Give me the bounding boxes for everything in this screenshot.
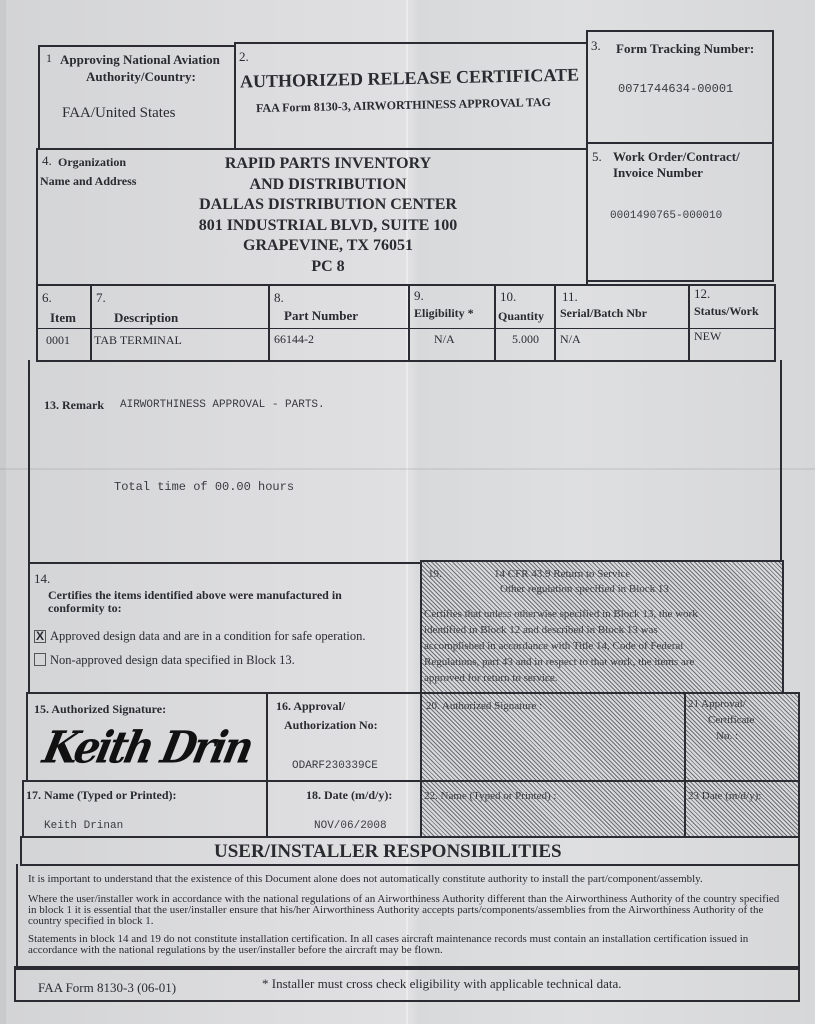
column-number: 11. xyxy=(562,289,578,305)
block-13-remarks: 13. Remark AIRWORTHINESS APPROVAL - PART… xyxy=(28,360,782,564)
block-22-label: 22. Name (Typed or Printed) : xyxy=(424,790,556,802)
block-19-text: accomplished in accordance with Title 14… xyxy=(424,640,683,652)
date-label: 18. Date (m/d/y): xyxy=(306,788,392,803)
items-table: 6. Item 7. Description 8. Part Number 9.… xyxy=(36,284,776,362)
block-number: 14. xyxy=(34,571,50,587)
authority-value: FAA/United States xyxy=(62,105,175,122)
return-to-service-option: 14 CFR 43.9 Return to Service xyxy=(494,568,630,580)
block-number: 1 xyxy=(46,51,52,66)
authorization-label: 16. Approval/ xyxy=(276,699,345,714)
column-number: 10. xyxy=(500,289,516,305)
block-22-name: 22. Name (Typed or Printed) : xyxy=(420,780,686,838)
responsibility-paragraph: Statements in block 14 and 19 do not con… xyxy=(28,934,793,956)
form-title: AUTHORIZED RELEASE CERTIFICATE xyxy=(240,64,579,92)
column-number: 12. xyxy=(694,286,710,302)
printed-name: Keith Drinan xyxy=(44,820,123,832)
form-footer: FAA Form 8130-3 (06-01) * Installer must… xyxy=(14,966,800,1002)
block-21-certificate: 21 Approval/ Certificate No. : xyxy=(684,692,800,782)
tracking-label: Form Tracking Number: xyxy=(616,41,754,57)
address-line: PC 8 xyxy=(158,257,498,278)
block-19-text: identified in Block 12 and described in … xyxy=(424,624,658,636)
block-18-date: 18. Date (m/d/y): NOV/06/2008 xyxy=(266,780,422,838)
column-number: 9. xyxy=(414,288,424,304)
authorization-number: ODARF230339CE xyxy=(292,760,378,772)
block-15-signature: 15. Authorized Signature: Keith Drin xyxy=(26,692,268,782)
work-order-label: Work Order/Contract/ xyxy=(613,149,740,165)
conformity-text: conformity to: xyxy=(48,601,122,616)
authority-label: Authority/Country: xyxy=(86,69,196,85)
table-cell-description: TAB TERMINAL xyxy=(94,333,182,348)
responsibility-paragraph: It is important to understand that the e… xyxy=(28,874,798,885)
authorization-label: Authorization No: xyxy=(284,718,378,733)
signature-label: 15. Authorized Signature: xyxy=(34,702,166,717)
block-19-text: Regulations, part 43 and in respect to t… xyxy=(424,656,694,668)
column-header-quantity: Quantity xyxy=(498,309,544,324)
responsibilities-header: USER/INSTALLER RESPONSIBILITIES xyxy=(20,836,800,866)
block-number: 4. xyxy=(42,153,52,169)
work-order-number: 0001490765-000010 xyxy=(610,210,722,222)
remark-note: Total time of 00.00 hours xyxy=(114,480,294,494)
other-regulation-option: Other regulation specified in Block 13 xyxy=(500,583,669,595)
block-17-name: 17. Name (Typed or Printed): Keith Drina… xyxy=(22,780,268,838)
address-line: GRAPEVINE, TX 76051 xyxy=(158,236,498,257)
organization-label: Name and Address xyxy=(40,174,136,189)
tracking-number: 0071744634-00001 xyxy=(618,82,733,96)
block-19-text: Certifies that unless otherwise specifie… xyxy=(424,608,698,620)
block-5-work-order: 5. Work Order/Contract/ Invoice Number 0… xyxy=(586,142,774,282)
work-order-label: Invoice Number xyxy=(613,165,703,181)
organization-label: Organization xyxy=(58,155,126,170)
block-21-label: 21 Approval/ xyxy=(688,698,746,710)
block-20-signature: 20. Authorized Signature : xyxy=(420,692,686,782)
block-4-organization: 4. Organization Name and Address RAPID P… xyxy=(36,148,588,286)
column-header-serial: Serial/Batch Nbr xyxy=(560,306,647,321)
signature: Keith Drin xyxy=(39,722,256,774)
block-14-conformity: 14. Certifies the items identified above… xyxy=(28,562,424,694)
table-cell-eligibility: N/A xyxy=(434,332,455,347)
authority-label: Approving National Aviation xyxy=(60,52,220,68)
block-21-label: Certificate xyxy=(708,714,754,726)
block-2-title: 2. AUTHORIZED RELEASE CERTIFICATE FAA Fo… xyxy=(234,42,588,150)
eligibility-note: * Installer must cross check eligibility… xyxy=(262,976,622,992)
responsibilities-title: USER/INSTALLER RESPONSIBILITIES xyxy=(214,841,562,863)
column-header-status: Status/Work xyxy=(694,304,759,319)
form-id: FAA Form 8130-3 (06-01) xyxy=(38,980,176,996)
approved-design-checkbox[interactable]: X xyxy=(34,630,46,643)
block-23-label: 23 Date (m/d/y): xyxy=(688,790,761,802)
block-19-return-to-service: 19. 14 CFR 43.9 Return to Service Other … xyxy=(420,560,784,694)
address-line: 801 INDUSTRIAL BLVD, SUITE 100 xyxy=(158,216,498,237)
remark-label: 13. Remark xyxy=(44,398,104,413)
block-3-tracking: 3. Form Tracking Number: 0071744634-0000… xyxy=(586,30,774,144)
table-cell-serial: N/A xyxy=(560,332,581,347)
block-16-authorization: 16. Approval/ Authorization No: ODARF230… xyxy=(266,692,422,782)
block-number: 2. xyxy=(239,49,249,65)
column-number: 8. xyxy=(274,290,284,306)
column-header-description: Description xyxy=(114,310,178,326)
approved-design-label: Approved design data and are in a condit… xyxy=(50,629,366,644)
date-value: NOV/06/2008 xyxy=(314,820,387,832)
column-number: 6. xyxy=(42,290,52,306)
block-23-date: 23 Date (m/d/y): xyxy=(684,780,800,838)
block-1-authority: 1 Approving National Aviation Authority/… xyxy=(38,45,236,150)
form-subtitle: FAA Form 8130-3, AIRWORTHINESS APPROVAL … xyxy=(256,95,551,116)
remark-text: AIRWORTHINESS APPROVAL - PARTS. xyxy=(120,399,325,411)
responsibility-paragraph: Where the user/installer work in accorda… xyxy=(28,894,788,927)
organization-address: RAPID PARTS INVENTORY AND DISTRIBUTION D… xyxy=(158,154,498,277)
non-approved-design-label: Non-approved design data specified in Bl… xyxy=(50,653,295,668)
block-19-text: approved for return to service. xyxy=(424,672,557,684)
responsibilities-body: It is important to understand that the e… xyxy=(16,864,800,970)
column-number: 7. xyxy=(96,290,106,306)
address-line: RAPID PARTS INVENTORY xyxy=(158,154,498,175)
table-cell-item: 0001 xyxy=(46,333,70,348)
block-number: 19. xyxy=(428,568,442,580)
block-21-label: No. : xyxy=(716,730,738,742)
address-line: DALLAS DISTRIBUTION CENTER xyxy=(158,195,498,216)
non-approved-design-checkbox[interactable] xyxy=(34,653,46,666)
address-line: AND DISTRIBUTION xyxy=(158,175,498,196)
table-cell-quantity: 5.000 xyxy=(512,332,539,347)
column-header-item: Item xyxy=(50,310,76,326)
column-header-eligibility: Eligibility * xyxy=(414,306,474,321)
block-20-label: 20. Authorized Signature : xyxy=(426,700,542,712)
block-number: 3. xyxy=(591,38,601,54)
block-number: 5. xyxy=(592,149,602,165)
column-header-part-number: Part Number xyxy=(284,308,358,324)
table-cell-part-number: 66144-2 xyxy=(274,332,314,347)
name-label: 17. Name (Typed or Printed): xyxy=(26,788,177,803)
table-cell-status: NEW xyxy=(694,329,721,344)
